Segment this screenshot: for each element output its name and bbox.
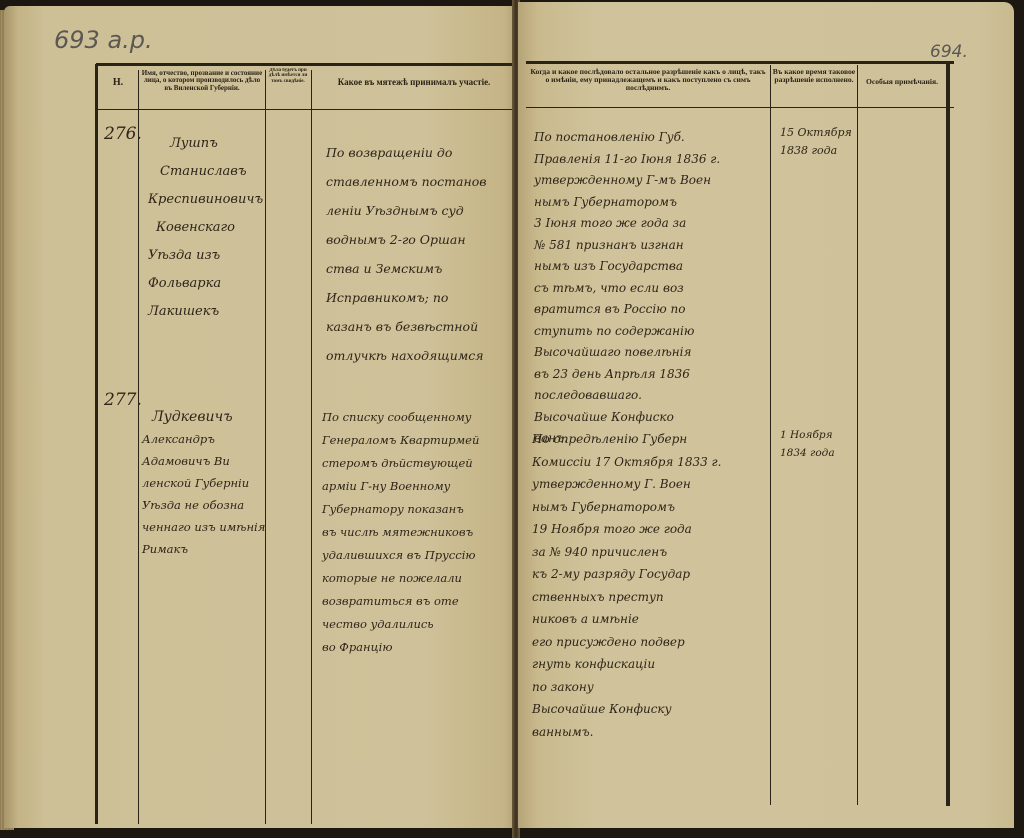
header-name: Имя, отчество, прозвание и состояние лиц… (141, 70, 263, 92)
left-page: 693 a.p. Н. Имя, отчество, прозвание и с… (4, 6, 516, 828)
table-top-rule-right (526, 61, 954, 64)
page-number: 694. (930, 42, 968, 62)
table-right-border (946, 62, 950, 806)
table-left-border (95, 64, 98, 824)
entry-number-277: 277. (104, 392, 142, 409)
entry-role-276: По возвращеніи до ставленномъ постанов л… (326, 138, 487, 370)
header-bottom-rule (96, 109, 516, 110)
entry-name-276: Лушпъ Станиславъ Креспивиновичъ Ковенска… (148, 130, 263, 326)
header-resolution: Когда и какое послѣдовало остальное разр… (528, 68, 768, 92)
entry-executed-277: 1 Ноября 1834 года (780, 426, 835, 462)
header-bottom-rule-right (526, 107, 954, 108)
table-top-rule (96, 63, 516, 66)
header-notes: Особыя примѣчанія. (860, 78, 944, 86)
header-executed: Въ какое время таковое разрѣшеніе исполн… (772, 68, 856, 84)
col-divider-num (138, 70, 139, 824)
entry-number-276: 276. (104, 126, 142, 143)
archive-mark: 693 a.p. (54, 26, 153, 54)
header-role: Какое въ мятежѣ принималъ участіе. (316, 78, 512, 87)
entry-resolution-276: По постановленію Губ. Правленія 11-го Ію… (534, 127, 720, 450)
col-divider-resolution (770, 65, 771, 805)
col-divider-executed (857, 65, 858, 805)
entry-resolution-277: По опредѣленію Губерн Комиссіи 17 Октябр… (532, 428, 721, 743)
entry-role-277: По списку сообщенному Генераломъ Квартир… (322, 406, 479, 659)
right-page: 694. Когда и какое послѣдовало остальное… (518, 2, 1014, 828)
header-case: Дѣла будетъ при дѣлѣ имѣется ли томъ сви… (267, 68, 309, 108)
col-divider-case (311, 70, 312, 824)
entry-name-277: Лудкевичъ Александръ Адамовичъ Ви ленско… (142, 406, 265, 560)
entry-executed-276: 15 Октября 1838 года (780, 124, 852, 160)
header-num: Н. (99, 78, 137, 89)
